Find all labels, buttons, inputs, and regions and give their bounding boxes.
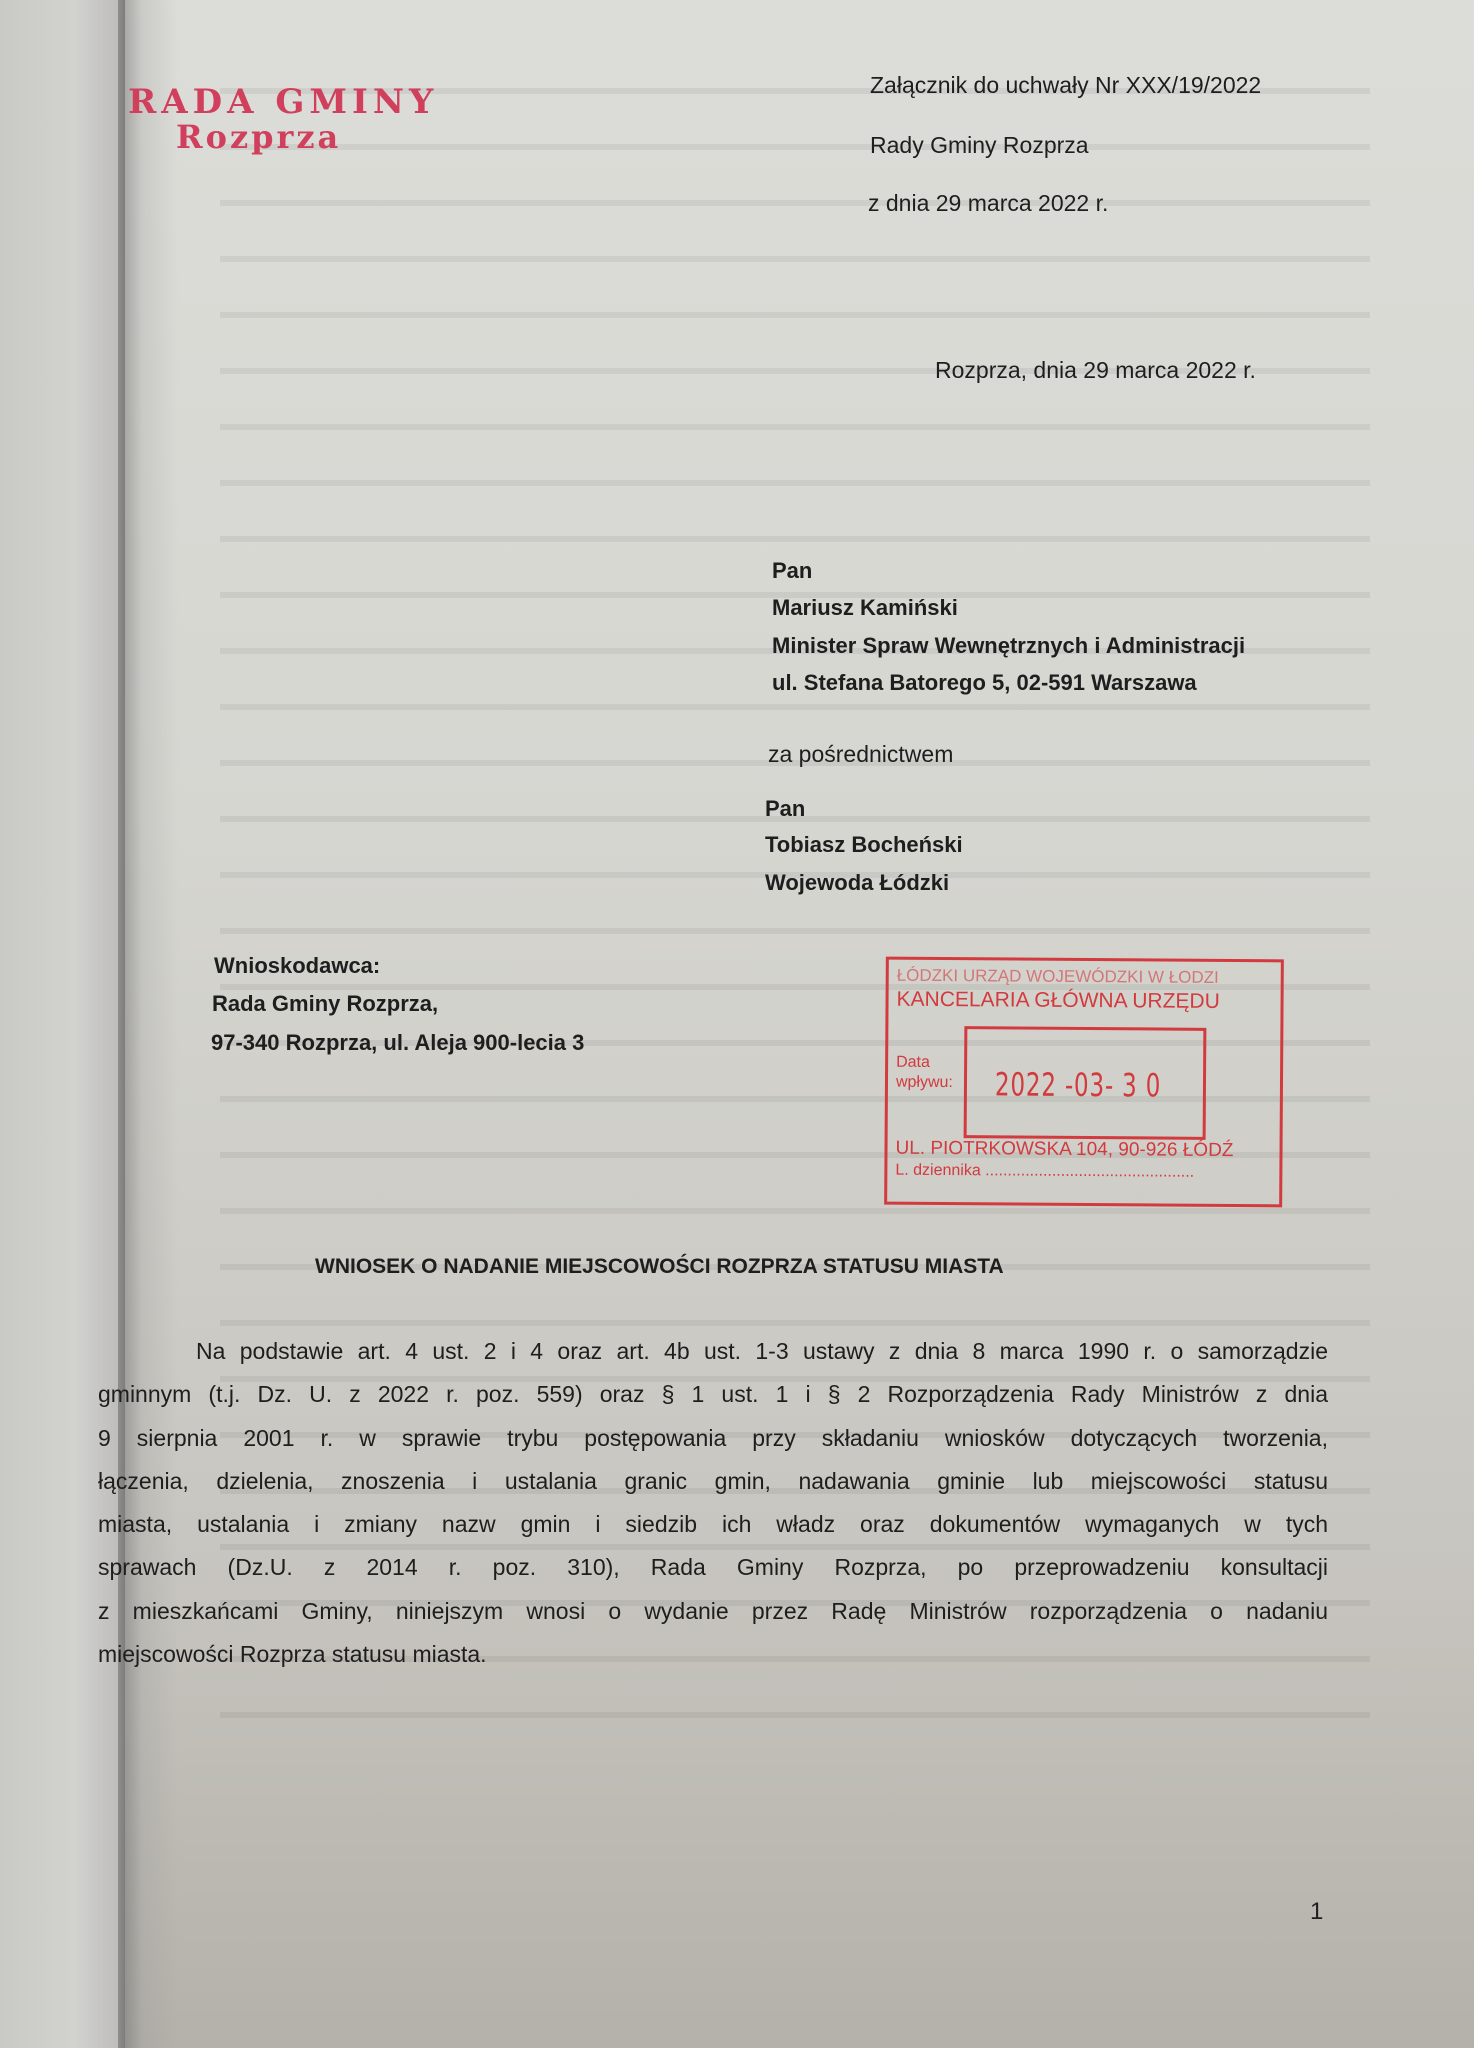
stamp-address: UL. PIOTRKOWSKA 104, 90-926 ŁÓDŹ (895, 1138, 1233, 1162)
letterhead-line-1: RADA GMINY (128, 82, 438, 122)
document-page: RADA GMINY Rozprza Załącznik do uchwały … (0, 0, 1474, 2048)
body-line: sprawach (Dz.U. z 2014 r. poz. 310), Rad… (98, 1546, 1328, 1589)
place-and-date: Rozprza, dnia 29 marca 2022 r. (935, 357, 1256, 384)
body-line: miejscowości Rozprza statusu miasta. (98, 1633, 1328, 1676)
body-line: gminnym (t.j. Dz. U. z 2022 r. poz. 559)… (98, 1373, 1328, 1416)
intermediary-name: Tobiasz Bocheński (765, 832, 963, 858)
body-line: Na podstawie art. 4 ust. 2 i 4 oraz art.… (98, 1330, 1328, 1373)
stamp-department: KANCELARIA GŁÓWNA URZĘDU (896, 988, 1219, 1014)
body-line: z mieszkańcami Gminy, niniejszym wnosi o… (98, 1590, 1328, 1633)
stamp-date: 2022 -03- 3 0 (995, 1065, 1161, 1104)
recipient-name: Mariusz Kamiński (772, 595, 958, 621)
applicant-address: 97-340 Rozprza, ul. Aleja 900-lecia 3 (211, 1030, 584, 1056)
recipient-salutation: Pan (772, 558, 812, 584)
stamp-journal: L. dziennika ...........................… (895, 1162, 1194, 1182)
stamp-office: ŁÓDZKI URZĄD WOJEWÓDZKI W ŁODZI (897, 966, 1219, 988)
attachment-note-line-3: z dnia 29 marca 2022 r. (868, 190, 1108, 217)
body-line: 9 sierpnia 2001 r. w sprawie trybu postę… (98, 1417, 1328, 1460)
stamp-date-label-2: wpływu: (896, 1074, 953, 1092)
receipt-stamp: ŁÓDZKI URZĄD WOJEWÓDZKI W ŁODZI KANCELAR… (884, 957, 1284, 1208)
applicant-name: Rada Gminy Rozprza, (212, 991, 438, 1017)
recipient-position: Minister Spraw Wewnętrznych i Administra… (772, 633, 1245, 659)
applicant-label: Wnioskodawca: (214, 953, 380, 979)
binding-shadow (118, 0, 178, 2048)
intermediary-salutation: Pan (765, 796, 805, 822)
body-line: łączenia, dzielenia, znoszenia i ustalan… (98, 1460, 1328, 1503)
recipient-address: ul. Stefana Batorego 5, 02-591 Warszawa (772, 670, 1197, 696)
previous-page-edge (0, 0, 125, 2048)
body-line: miasta, ustalania i zmiany nazw gmin i s… (98, 1503, 1328, 1546)
intermediary-via: za pośrednictwem (768, 741, 953, 768)
stamp-date-label-1: Data (896, 1054, 930, 1072)
attachment-note-line-2: Rady Gminy Rozprza (870, 132, 1089, 159)
letterhead-logo: RADA GMINY Rozprza (128, 82, 438, 156)
page-number: 1 (1310, 1898, 1323, 1926)
attachment-note-line-1: Załącznik do uchwały Nr XXX/19/2022 (870, 72, 1261, 99)
stamp-date-box: 2022 -03- 3 0 (964, 1026, 1207, 1140)
body-paragraph: Na podstawie art. 4 ust. 2 i 4 oraz art.… (98, 1330, 1328, 1676)
intermediary-position: Wojewoda Łódzki (765, 870, 949, 896)
document-title: WNIOSEK O NADANIE MIEJSCOWOŚCI ROZPRZA S… (315, 1255, 1004, 1279)
letterhead-line-2: Rozprza (176, 118, 438, 156)
